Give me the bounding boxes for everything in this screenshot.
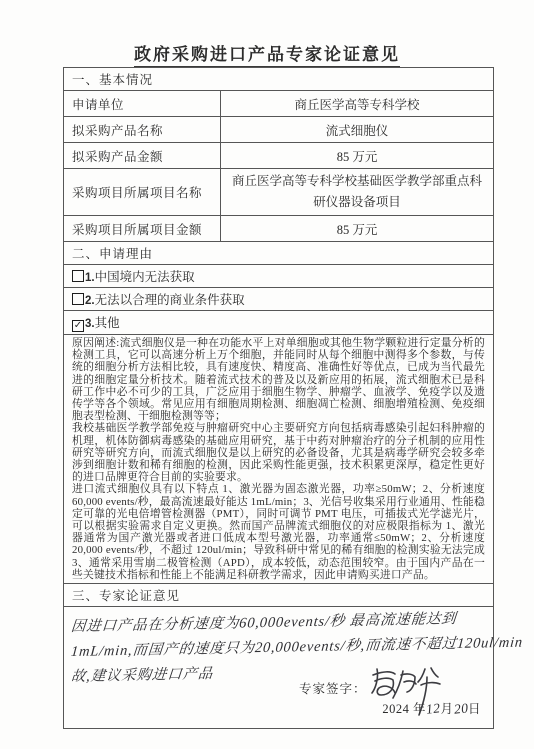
reason-paragraph-3: 进口流式细胞仪具有以下特点 1、激光器为固态激光器，功率≥50mW；2、分析速度… xyxy=(72,483,485,581)
date-year-printed: 2024 年 xyxy=(382,702,426,716)
expert-signature-label: 专家签字： xyxy=(299,665,367,697)
section1-header: 一、基本情况 xyxy=(64,68,494,91)
date-day-handwritten: 20 xyxy=(453,700,469,717)
option-label: 中国境内无法获取 xyxy=(95,270,195,284)
handwritten-line: 故,建议采购进口产品 xyxy=(70,660,332,690)
option-label: 其他 xyxy=(95,316,120,330)
section3-header: 三、专家论证意见 xyxy=(64,584,494,607)
expert-opinion-form-table: 一、基本情况 申请单位 商丘医学高等专科学校 拟采购产品名称 流式细胞仪 拟采购… xyxy=(63,67,494,729)
option-number: 3. xyxy=(85,318,95,330)
applicant-unit-value: 商丘医学高等专科学校 xyxy=(221,91,494,117)
approval-date: 2024 年12月20日 xyxy=(382,699,481,717)
checkbox-unchecked-icon xyxy=(72,270,84,282)
reason-option-1: 1.中国境内无法获取 xyxy=(64,265,494,288)
reason-statement: 原因阐述:流式细胞仪是一种在功能水平上对单细胞或其他生物学颗粒进行定量分析的检测… xyxy=(64,335,494,584)
date-month-unit: 月 xyxy=(440,702,453,716)
reason-option-row: ✓3.其他 xyxy=(64,311,494,335)
table-row: 申请单位 商丘医学高等专科学校 xyxy=(64,91,494,117)
table-row: 采购项目所属项目金额 85 万元 xyxy=(64,216,494,242)
product-name-value: 流式细胞仪 xyxy=(221,117,494,143)
document-title: 政府采购进口产品专家论证意见 xyxy=(0,40,534,65)
reason-option-3: ✓3.其他 xyxy=(64,311,494,335)
table-row: 采购项目所属项目名称 商丘医学高等专科学校基础医学教学部重点科研仪器设备项目 xyxy=(64,169,494,216)
project-amount-value: 85 万元 xyxy=(221,216,494,242)
project-name-label: 采购项目所属项目名称 xyxy=(64,169,221,216)
reason-option-2: 2.无法以合理的商业条件获取 xyxy=(64,288,494,311)
table-row: 拟采购产品名称 流式细胞仪 xyxy=(64,117,494,143)
date-day-unit: 日 xyxy=(468,702,481,716)
section2-header-row: 二、申请理由 xyxy=(64,242,494,265)
checkbox-checked-icon: ✓ xyxy=(72,320,84,332)
product-name-label: 拟采购产品名称 xyxy=(64,117,221,143)
section1-header-row: 一、基本情况 xyxy=(64,68,494,91)
date-month-handwritten: 12 xyxy=(425,700,441,717)
reason-text-row: 原因阐述:流式细胞仪是一种在功能水平上对单细胞或其他生物学颗粒进行定量分析的检测… xyxy=(64,335,494,584)
reason-paragraph-1: 原因阐述:流式细胞仪是一种在功能水平上对单细胞或其他生物学颗粒进行定量分析的检测… xyxy=(72,337,485,422)
project-name-value: 商丘医学高等专科学校基础医学教学部重点科研仪器设备项目 xyxy=(221,169,494,216)
checkbox-unchecked-icon xyxy=(72,293,84,305)
reason-option-row: 1.中国境内无法获取 xyxy=(64,265,494,288)
option-number: 1. xyxy=(85,272,95,284)
reason-option-row: 2.无法以合理的商业条件获取 xyxy=(64,288,494,311)
section2-header: 二、申请理由 xyxy=(64,242,494,265)
section3-header-row: 三、专家论证意见 xyxy=(64,584,494,607)
product-amount-label: 拟采购产品金额 xyxy=(64,143,221,169)
expert-opinion-row: 因进口产品在分析速度为60,000events/秒 最高流速能达到 1mL/mi… xyxy=(64,607,494,729)
reason-paragraph-2: 我校基础医学教学部免疫与肿瘤研究中心主要研究方向包括病毒感染引起妇科肿瘤的机理，… xyxy=(72,422,485,483)
expert-opinion-cell: 因进口产品在分析速度为60,000events/秒 最高流速能达到 1mL/mi… xyxy=(64,607,494,729)
option-number: 2. xyxy=(85,295,95,307)
document-title-text: 政府采购进口产品专家论证意见 xyxy=(134,45,400,67)
project-amount-label: 采购项目所属项目金额 xyxy=(64,216,221,242)
option-label: 无法以合理的商业条件获取 xyxy=(95,293,245,307)
scanned-document-page: 政府采购进口产品专家论证意见 一、基本情况 申请单位 商丘医学高等专科学校 拟采… xyxy=(0,0,534,749)
table-row: 拟采购产品金额 85 万元 xyxy=(64,143,494,169)
product-amount-value: 85 万元 xyxy=(221,143,494,169)
applicant-unit-label: 申请单位 xyxy=(64,91,221,117)
